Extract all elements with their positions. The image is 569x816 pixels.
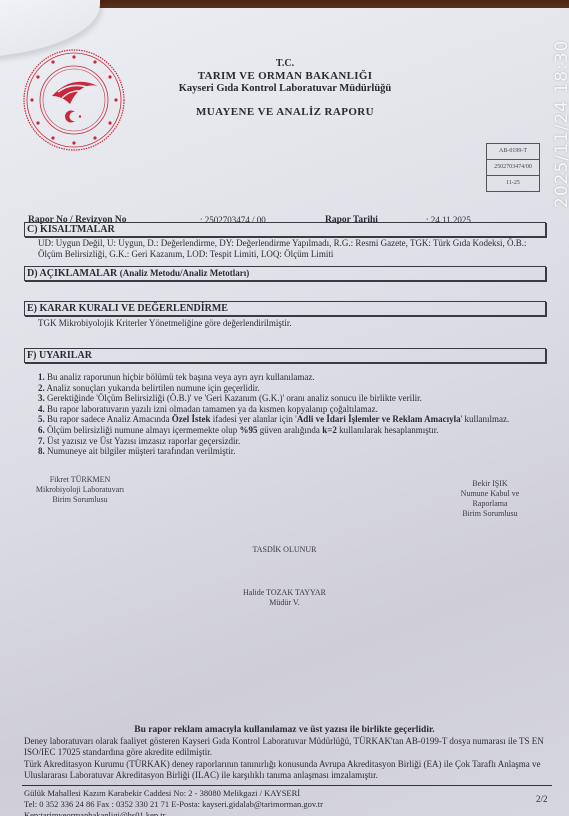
signer-role: Birim Sorumlusu	[20, 495, 140, 505]
director-title: Müdür V.	[0, 598, 569, 608]
ministry-emblem-icon	[22, 48, 126, 152]
footer-notice: Bu rapor reklam amacıyla kullanılamaz ve…	[0, 725, 569, 735]
report-page: T.C. TARIM VE ORMAN BAKANLIĞI Kayseri Gı…	[0, 8, 569, 816]
tc-label: T.C.	[130, 58, 440, 69]
director-signature: Halide TOZAK TAYYAR Müdür V.	[0, 588, 569, 608]
abbreviations-text: UD: Uygun Değil, U: Uygun, D.: Değerlend…	[38, 238, 543, 260]
approval-label: TASDİK OLUNUR	[0, 545, 569, 555]
warnings-list: 1. Bu analiz raporunun hiçbir bölümü tek…	[38, 372, 538, 457]
report-header: T.C. TARIM VE ORMAN BAKANLIĞI Kayseri Gı…	[130, 58, 440, 118]
section-d-subtitle: (Analiz Metodu/Analiz Metotları)	[120, 268, 249, 278]
signer-unit: Raporlama	[440, 499, 540, 509]
signer-unit: Numune Kabul ve	[440, 489, 540, 499]
signer-unit: Mikrobiyoloji Laboratuvarı	[20, 485, 140, 495]
report-title: MUAYENE VE ANALİZ RAPORU	[130, 106, 440, 118]
kep-address: Kep:tarimveormanbakanligi@hs01.kep.tr	[24, 810, 524, 816]
warning-item: 6. Ölçüm belirsizliği numune almayı içer…	[38, 425, 538, 436]
footer-divider	[22, 785, 552, 786]
footer-address-block: Gülük Mahallesi Kazım Karabekir Caddesi …	[24, 788, 524, 816]
signature-left: Fikret TÜRKMEN Mikrobiyoloji Laboratuvar…	[20, 475, 140, 505]
signer-role: Birim Sorumlusu	[440, 509, 540, 519]
director-name: Halide TOZAK TAYYAR	[0, 588, 569, 598]
signer-name: Bekir IŞIK	[440, 479, 540, 489]
warning-item: 1. Bu analiz raporunun hiçbir bölümü tek…	[38, 372, 538, 383]
evaluation-text: TGK Mikrobiyolojik Kriterler Yönetmeliği…	[38, 318, 543, 329]
warning-item: 5. Bu rapor sadece Analiz Amacında Özel …	[38, 414, 538, 425]
accreditation-text-1: Deney laboratuvarı olarak faaliyet göste…	[24, 736, 554, 758]
section-e-heading: E) KARAR KURALI VE DEĞERLENDİRME	[24, 301, 546, 316]
ministry-name: TARIM VE ORMAN BAKANLIĞI	[130, 70, 440, 82]
accreditation-text-2: Türk Akreditasyon Kurumu (TÜRKAK) deney …	[24, 759, 554, 781]
signer-name: Fikret TÜRKMEN	[20, 475, 140, 485]
page-number: 2/2	[536, 794, 548, 804]
warning-item: 8. Numuneye ait bilgiler müşteri tarafın…	[38, 446, 538, 457]
address: Gülük Mahallesi Kazım Karabekir Caddesi …	[24, 788, 524, 799]
warning-item: 3. Gerektiğinde 'Ölçüm Belirsizliği (Ö.B…	[38, 393, 538, 404]
warning-item: 7. Üst yazısız ve Üst Yazısı imzasız rap…	[38, 436, 538, 447]
accreditation-code-box: AB-0199-T 2502703474/00 11-25	[486, 143, 540, 192]
accreditation-code: AB-0199-T	[487, 144, 539, 160]
lab-name: Kayseri Gıda Kontrol Laboratuvar Müdürlü…	[130, 83, 440, 94]
photo-timestamp: 2025/11/24 18:30	[549, 8, 569, 208]
section-c-heading: C) KISALTMALAR	[24, 222, 546, 237]
period-code: 11-25	[487, 176, 539, 191]
warning-item: 4. Bu rapor laboratuvarın yazılı izni ol…	[38, 404, 538, 415]
report-code: 2502703474/00	[487, 160, 539, 176]
section-d-title: D) AÇIKLAMALAR	[27, 268, 117, 279]
section-f-heading: F) UYARILAR	[24, 348, 546, 363]
warning-item: 2. Analiz sonuçları yukarıda belirtilen …	[38, 383, 538, 394]
section-d-heading: D) AÇIKLAMALAR (Analiz Metodu/Analiz Met…	[24, 266, 546, 281]
contact: Tel: 0 352 336 24 86 Fax : 0352 330 21 7…	[24, 799, 524, 810]
signature-right: Bekir IŞIK Numune Kabul ve Raporlama Bir…	[440, 479, 540, 519]
